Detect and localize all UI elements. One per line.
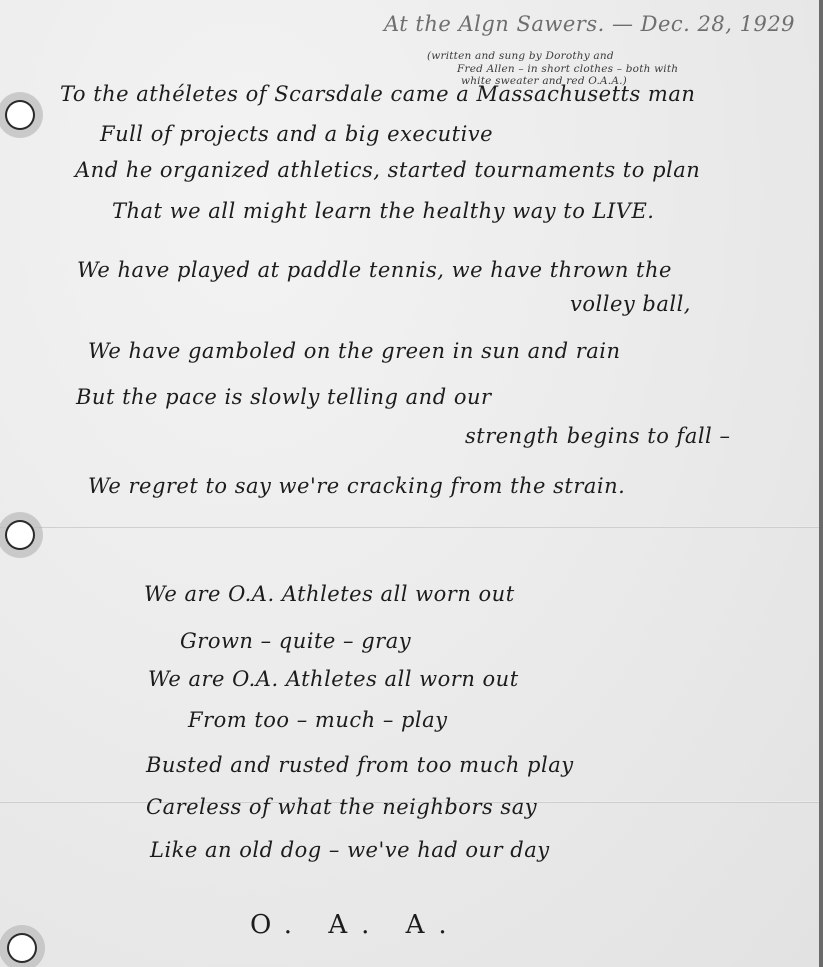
signature: O. A. A. (250, 910, 461, 940)
chorus-line: Careless of what the neighbors say (146, 795, 537, 819)
chorus-line: From too – much – play (188, 708, 448, 732)
manuscript-page: At the Algn Sawers. — Dec. 28, 1929 (wri… (0, 0, 819, 967)
verse-line: volley ball, (570, 292, 691, 316)
verse-line: We regret to say we're cracking from the… (88, 474, 625, 498)
scan-edge (819, 0, 823, 967)
chorus-line: We are O.A. Athletes all worn out (144, 582, 515, 606)
header-note-title: At the Algn Sawers. — Dec. 28, 1929 (384, 12, 795, 36)
header-note-line: (written and sung by Dorothy and (427, 50, 614, 62)
verse-line: strength begins to fall – (465, 424, 730, 448)
binder-hole-icon (7, 102, 33, 128)
chorus-line: Like an old dog – we've had our day (150, 838, 550, 862)
verse-line: We have played at paddle tennis, we have… (77, 258, 672, 282)
chorus-line: Grown – quite – gray (180, 629, 411, 653)
verse-line: To the athéletes of Scarsdale came a Mas… (60, 82, 695, 106)
chorus-line: Busted and rusted from too much play (146, 753, 574, 777)
verse-line: Full of projects and a big executive (100, 122, 493, 146)
binder-hole-icon (9, 935, 35, 961)
chorus-line: We are O.A. Athletes all worn out (148, 667, 519, 691)
verse-line: And he organized athletics, started tour… (75, 158, 700, 182)
paper-fold-crease (0, 526, 819, 528)
header-note-line: Fred Allen – in short clothes – both wit… (457, 63, 678, 75)
verse-line: We have gamboled on the green in sun and… (88, 339, 621, 363)
binder-hole-icon (7, 522, 33, 548)
verse-line: But the pace is slowly telling and our (76, 385, 492, 409)
verse-line: That we all might learn the healthy way … (112, 199, 654, 223)
